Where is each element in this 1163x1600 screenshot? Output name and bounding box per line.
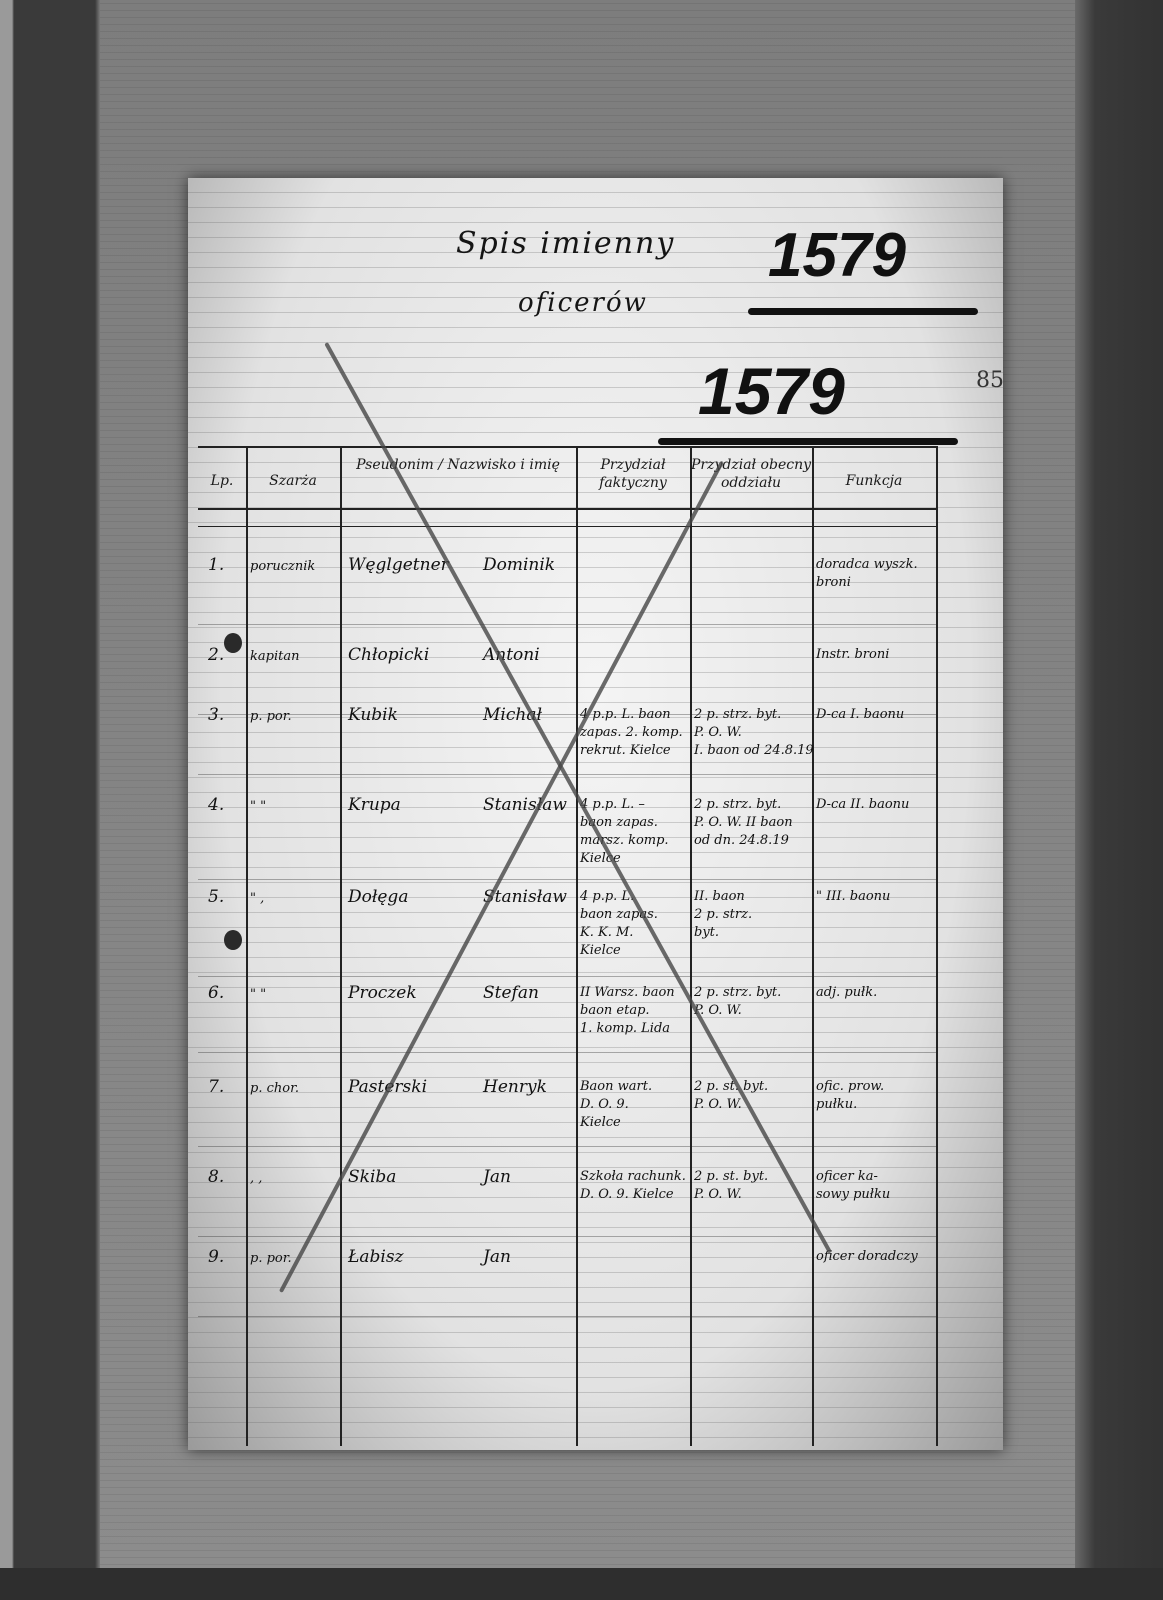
- row-official-unit: P. O. W. II baon: [694, 814, 793, 832]
- row-actual-unit: baon etap.: [580, 1002, 650, 1020]
- row-surname: Skiba: [348, 1166, 396, 1189]
- row-divider: [198, 624, 938, 625]
- row-rank: " ": [250, 798, 266, 816]
- row-surname: Kubik: [348, 704, 398, 727]
- row-official-unit: I. baon od 24.8.19: [694, 742, 814, 760]
- row-surname: Węglgetner: [348, 554, 449, 577]
- row-number: 9.: [208, 1246, 224, 1269]
- row-surname: Krupa: [348, 794, 401, 817]
- document-title: Spis imienny: [456, 226, 675, 261]
- row-official-unit: 2 p. strz. byt.: [694, 984, 781, 1002]
- row-rank: porucznik: [250, 558, 315, 576]
- row-number: 2.: [208, 644, 224, 667]
- row-rank: , ,: [250, 1170, 262, 1188]
- row-divider: [198, 1052, 938, 1053]
- row-actual-unit: Szkoła rachunk.: [580, 1168, 686, 1186]
- reference-number-top: 1579: [768, 220, 906, 291]
- row-function: " III. baonu: [816, 888, 890, 906]
- scanner-edge-right: [1075, 0, 1163, 1600]
- row-official-unit: P. O. W.: [694, 1096, 742, 1114]
- row-function: broni: [816, 574, 851, 592]
- row-official-unit: 2 p. strz.: [694, 906, 752, 924]
- row-rank: " ,: [250, 890, 264, 908]
- row-actual-unit: 4 p.p. L. –: [580, 796, 645, 814]
- row-given-name: Stanisław: [483, 794, 567, 817]
- row-actual-unit: 1. komp. Lida: [580, 1020, 670, 1038]
- document-subtitle: oficerów: [518, 288, 648, 318]
- row-actual-unit: 4 p.p. L. baon: [580, 706, 671, 724]
- row-function: Instr. broni: [816, 646, 889, 664]
- row-divider: [198, 879, 938, 880]
- row-official-unit: byt.: [694, 924, 719, 942]
- row-given-name: Dominik: [483, 554, 555, 577]
- row-number: 5.: [208, 886, 224, 909]
- row-function: doradca wyszk.: [816, 556, 918, 574]
- row-number: 6.: [208, 982, 224, 1005]
- row-official-unit: 2 p. st. byt.: [694, 1078, 768, 1096]
- column-header-name: Pseudonim / Nazwisko i imię: [340, 456, 576, 474]
- row-actual-unit: Baon wart.: [580, 1078, 652, 1096]
- row-actual-unit: Kielce: [580, 1114, 621, 1132]
- row-surname: Dołęga: [348, 886, 408, 909]
- officers-table: Lp. Szarża Pseudonim / Nazwisko i imię P…: [198, 446, 938, 1446]
- row-surname: Łabisz: [348, 1246, 404, 1269]
- scanner-edge-bottom: [0, 1568, 1163, 1600]
- row-given-name: Stefan: [483, 982, 539, 1005]
- row-rank: " ": [250, 986, 266, 1004]
- reference-underline: [748, 308, 978, 315]
- row-divider: [198, 976, 938, 977]
- row-divider: [198, 1316, 938, 1317]
- row-actual-unit: D. O. 9. Kielce: [580, 1186, 674, 1204]
- row-function: D-ca II. baonu: [816, 796, 909, 814]
- column-header-function: Funkcja: [812, 472, 936, 490]
- row-official-unit: 2 p. st. byt.: [694, 1168, 768, 1186]
- punch-hole: [224, 633, 242, 653]
- document-page: Spis imienny oficerów 1579 1579 85 Lp. S…: [188, 178, 1003, 1450]
- scanner-edge-left: [0, 0, 100, 1600]
- row-rank: p. chor.: [250, 1080, 299, 1098]
- row-surname: Proczek: [348, 982, 417, 1005]
- row-actual-unit: zapas. 2. komp.: [580, 724, 683, 742]
- row-actual-unit: 4 p.p. L.: [580, 888, 634, 906]
- row-official-unit: od dn. 24.8.19: [694, 832, 789, 850]
- row-given-name: Jan: [483, 1166, 511, 1189]
- row-actual-unit: K. K. M.: [580, 924, 633, 942]
- row-actual-unit: marsz. komp.: [580, 832, 669, 850]
- row-number: 4.: [208, 794, 224, 817]
- row-function: oficer ka-: [816, 1168, 878, 1186]
- row-actual-unit: Kielce: [580, 942, 621, 960]
- row-rank: kapitan: [250, 648, 299, 666]
- row-actual-unit: D. O. 9.: [580, 1096, 629, 1114]
- row-number: 8.: [208, 1166, 224, 1189]
- row-official-unit: P. O. W.: [694, 1186, 742, 1204]
- row-surname: Chłopicki: [348, 644, 429, 667]
- row-rank: p. por.: [250, 708, 292, 726]
- row-actual-unit: rekrut. Kielce: [580, 742, 671, 760]
- column-header-rank: Szarża: [246, 472, 340, 490]
- row-function: sowy pułku: [816, 1186, 890, 1204]
- row-function: ofic. prow.: [816, 1078, 884, 1096]
- reference-number-bottom: 1579: [698, 353, 845, 429]
- punch-hole: [224, 930, 242, 950]
- row-actual-unit: II Warsz. baon: [580, 984, 675, 1002]
- row-function: adj. pułk.: [816, 984, 877, 1002]
- row-function: D-ca I. baonu: [816, 706, 904, 724]
- row-official-unit: P. O. W.: [694, 724, 742, 742]
- reference-underline: [658, 438, 958, 445]
- column-header-lp: Lp.: [198, 472, 246, 490]
- column-header-actual-unit: Przydział faktyczny: [576, 456, 690, 492]
- row-number: 3.: [208, 704, 224, 727]
- row-function: pułku.: [816, 1096, 857, 1114]
- row-rank: p. por.: [250, 1250, 292, 1268]
- row-official-unit: II. baon: [694, 888, 745, 906]
- row-given-name: Henryk: [483, 1076, 547, 1099]
- row-number: 7.: [208, 1076, 224, 1099]
- row-official-unit: 2 p. strz. byt.: [694, 796, 781, 814]
- row-official-unit: 2 p. strz. byt.: [694, 706, 781, 724]
- row-number: 1.: [208, 554, 224, 577]
- row-given-name: Jan: [483, 1246, 511, 1269]
- page-number: 85: [976, 368, 1004, 393]
- row-divider: [198, 1146, 938, 1147]
